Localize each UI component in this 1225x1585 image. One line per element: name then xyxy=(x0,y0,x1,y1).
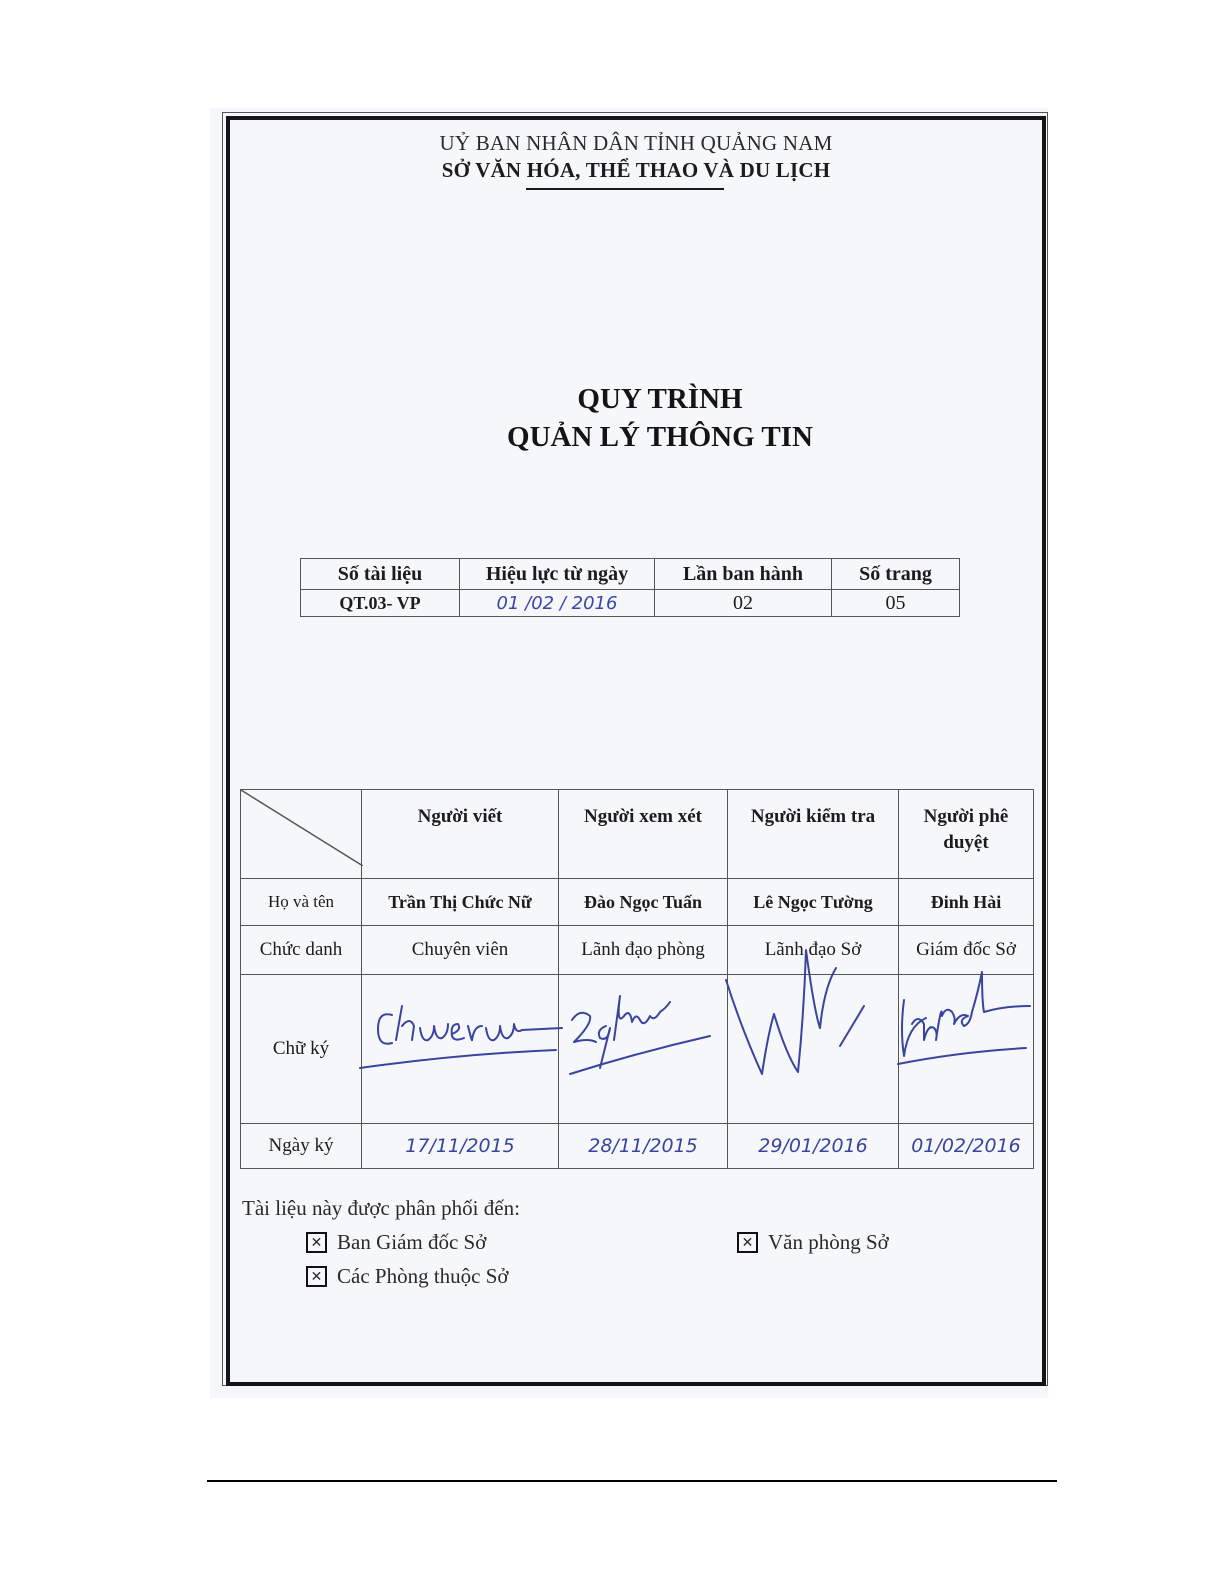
checked-box-icon[interactable]: ✕ xyxy=(306,1266,327,1287)
reviewer-sign-date: 28/11/2015 xyxy=(559,1124,728,1169)
name-row: Họ và tên Trần Thị Chức Nữ Đào Ngọc Tuấn… xyxy=(241,879,1034,926)
issue-number-value: 02 xyxy=(655,590,832,617)
name-row-label: Họ và tên xyxy=(241,879,362,926)
distribution-item-label: Ban Giám đốc Sở xyxy=(337,1230,486,1255)
reviewer-name: Đào Ngọc Tuấn xyxy=(559,879,728,926)
position-row-label: Chức danh xyxy=(241,926,362,975)
document-title-line2: QUẢN LÝ THÔNG TIN xyxy=(226,421,1094,454)
checker-sign-date: 29/01/2016 xyxy=(728,1124,899,1169)
document-title-line1: QUY TRÌNH xyxy=(226,383,1094,416)
distribution-item-departments: ✕ Các Phòng thuộc Sở xyxy=(306,1264,509,1289)
distribution-item-label: Các Phòng thuộc Sở xyxy=(337,1264,509,1289)
distribution-item-board: ✕ Ban Giám đốc Sở xyxy=(306,1230,486,1255)
issue-number-header: Lần ban hành xyxy=(655,559,832,590)
header-underline xyxy=(526,188,724,190)
date-row-label: Ngày ký xyxy=(241,1124,362,1169)
page-count-header: Số trang xyxy=(832,559,960,590)
distribution-item-label: Văn phòng Sở xyxy=(768,1230,889,1255)
checked-box-icon[interactable]: ✕ xyxy=(737,1232,758,1253)
footer-divider xyxy=(207,1480,1057,1482)
approval-table: Người viết Người xem xét Người kiểm tra … xyxy=(240,789,1034,1169)
checker-position: Lãnh đạo Sở xyxy=(728,926,899,975)
doc-number-header: Số tài liệu xyxy=(301,559,460,590)
signature-row-label: Chữ ký xyxy=(241,975,362,1124)
authority-name: UỶ BAN NHÂN DÂN TỈNH QUẢNG NAM xyxy=(226,131,1046,156)
page-count-value: 05 xyxy=(832,590,960,617)
effective-date-value: 01 /02 / 2016 xyxy=(460,590,655,617)
department-name: SỞ VĂN HÓA, THỂ THAO VÀ DU LỊCH xyxy=(226,158,1046,183)
column-writer: Người viết xyxy=(362,790,559,879)
reviewer-signature-cell xyxy=(559,975,728,1124)
approval-header-row: Người viết Người xem xét Người kiểm tra … xyxy=(241,790,1034,879)
column-reviewer: Người xem xét xyxy=(559,790,728,879)
position-row: Chức danh Chuyên viên Lãnh đạo phòng Lãn… xyxy=(241,926,1034,975)
doc-number-value: QT.03- VP xyxy=(301,590,460,617)
diagonal-corner-cell xyxy=(241,790,362,879)
writer-signature-cell xyxy=(362,975,559,1124)
writer-position: Chuyên viên xyxy=(362,926,559,975)
effective-date-header: Hiệu lực từ ngày xyxy=(460,559,655,590)
approver-signature-cell xyxy=(899,975,1034,1124)
distribution-label: Tài liệu này được phân phối đến: xyxy=(242,1196,520,1221)
document-info-header-row: Số tài liệu Hiệu lực từ ngày Lần ban hàn… xyxy=(301,559,960,590)
approver-position: Giám đốc Sở xyxy=(899,926,1034,975)
writer-name: Trần Thị Chức Nữ xyxy=(362,879,559,926)
document-info-table: Số tài liệu Hiệu lực từ ngày Lần ban hàn… xyxy=(300,558,960,617)
distribution-item-office: ✕ Văn phòng Sở xyxy=(737,1230,889,1255)
approver-sign-date: 01/02/2016 xyxy=(899,1124,1034,1169)
checked-box-icon[interactable]: ✕ xyxy=(306,1232,327,1253)
document-info-value-row: QT.03- VP 01 /02 / 2016 02 05 xyxy=(301,590,960,617)
date-row: Ngày ký 17/11/2015 28/11/2015 29/01/2016… xyxy=(241,1124,1034,1169)
writer-sign-date: 17/11/2015 xyxy=(362,1124,559,1169)
column-checker: Người kiểm tra xyxy=(728,790,899,879)
checker-signature-cell xyxy=(728,975,899,1124)
column-approver: Người phê duyệt xyxy=(899,790,1034,879)
checker-name: Lê Ngọc Tường xyxy=(728,879,899,926)
approver-name: Đinh Hài xyxy=(899,879,1034,926)
diagonal-line xyxy=(241,790,363,866)
signature-row: Chữ ký xyxy=(241,975,1034,1124)
reviewer-position: Lãnh đạo phòng xyxy=(559,926,728,975)
